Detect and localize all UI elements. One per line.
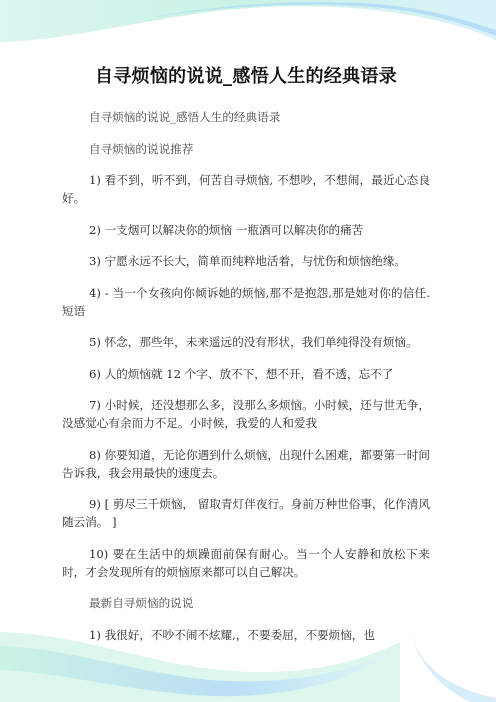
document-title: 自寻烦恼的说说_感悟人生的经典语录 — [62, 62, 430, 88]
list-item: 2) 一支烟可以解决你的烦恼 一瓶酒可以解决你的痛苦 — [62, 221, 430, 239]
section-heading: 自寻烦恼的说说推荐 — [62, 140, 430, 158]
list-item: 1) 看不到，听不到，何苦自寻烦恼, 不想吵，不想闹，最近心态良好。 — [62, 171, 430, 207]
list-item: 1) 我很好，不吵不闹不炫耀,，不要委屈，不要烦恼，也 — [62, 626, 430, 644]
subtitle: 自寻烦恼的说说_感悟人生的经典语录 — [62, 108, 430, 126]
document-page: 自寻烦恼的说说_感悟人生的经典语录 自寻烦恼的说说_感悟人生的经典语录 自寻烦恼… — [62, 62, 430, 657]
list-item: 6) 人的烦恼就 12 个字、放不下，想不开，看不透，忘不了 — [62, 365, 430, 383]
list-item: 5) 怀念，那些年，未来遥远的没有形状，我们单纯得没有烦恼。 — [62, 333, 430, 351]
list-item: 8) 你要知道，无论你遇到什么烦恼，出现什么困难，都要第一时间告诉我，我会用最快… — [62, 446, 430, 482]
list-item: 4) - 当一个女孩向你倾诉她的烦恼,那不是抱怨,那是她对你的信任.短语 — [62, 284, 430, 320]
section-heading: 最新自寻烦恼的说说 — [62, 594, 430, 612]
list-item: 7) 小时候，还没想那么多，没那么多烦恼。小时候，还与世无争，没感觉心有余而力不… — [62, 396, 430, 432]
list-item: 3) 宁愿永远不长大，简单而纯粹地活着，与忧伤和烦恼绝缘。 — [62, 252, 430, 270]
list-item: 10) 要在生活中的烦躁面前保有耐心。当一个人安静和放松下来时，才会发现所有的烦… — [62, 545, 430, 581]
top-wave-decoration — [0, 0, 496, 50]
list-item: 9) [ 剪尽三千烦恼， 留取青灯伴夜行。身前万种世俗事，化作清风随云消。 ] — [62, 495, 430, 531]
